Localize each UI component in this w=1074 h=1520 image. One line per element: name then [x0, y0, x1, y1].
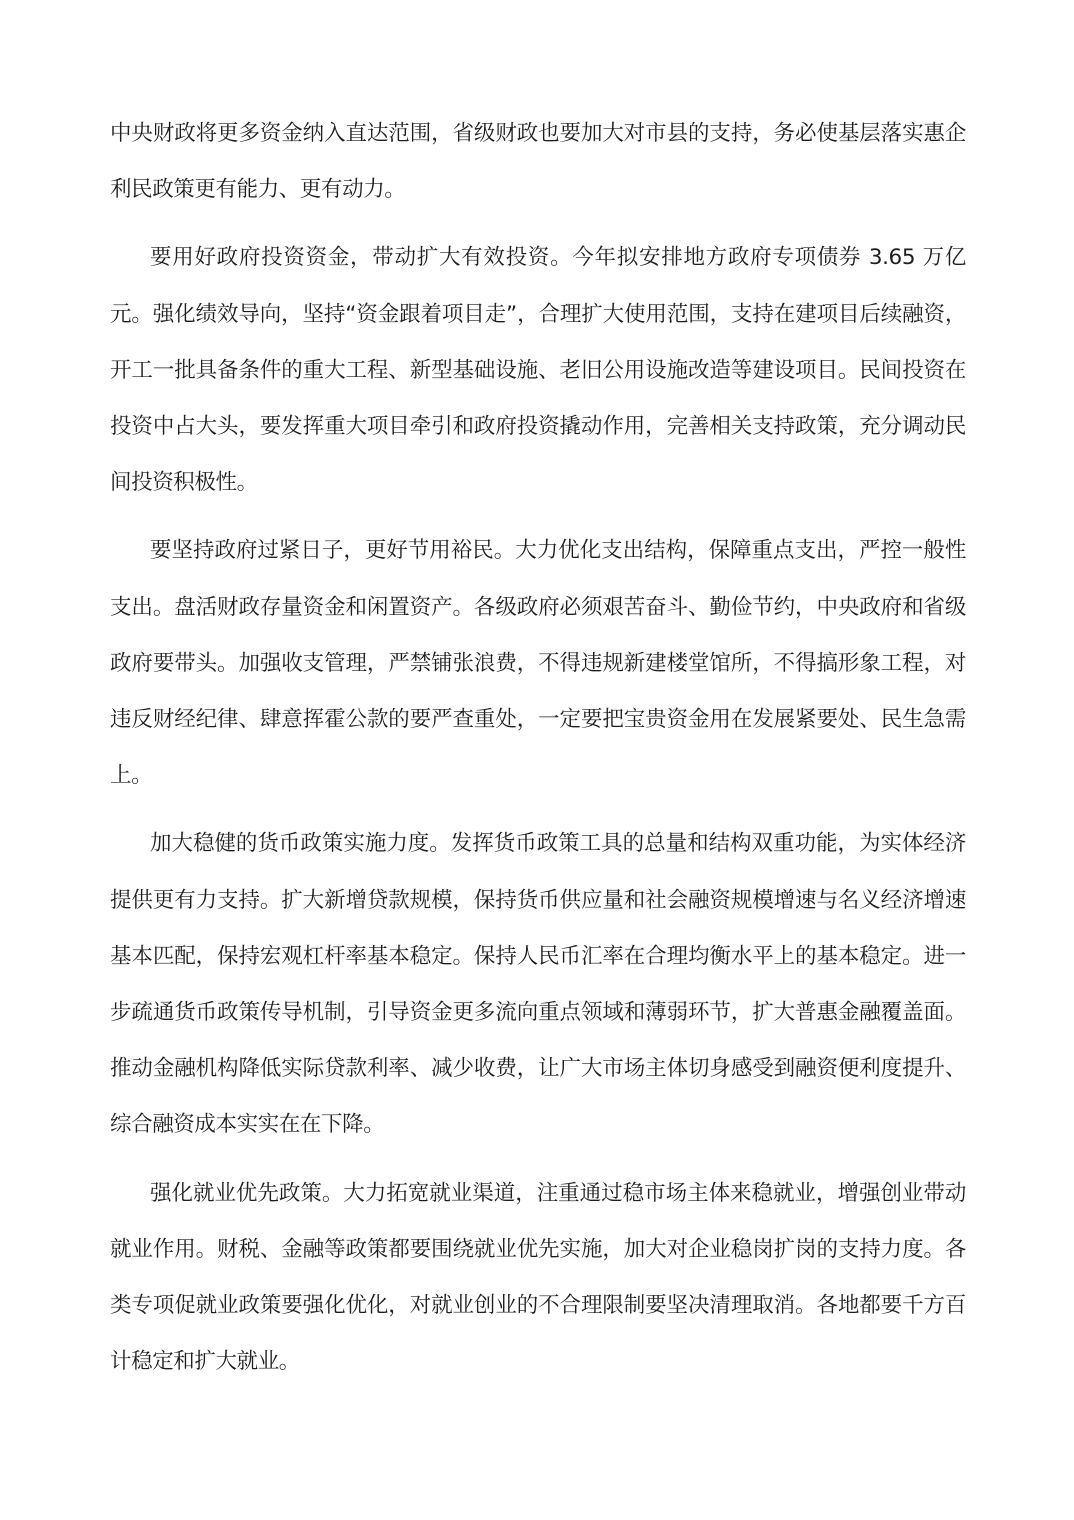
- paragraph-employment-policy: 强化就业优先政策。大力拓宽就业渠道，注重通过稳市场主体来稳就业，增强创业带动就业…: [110, 1166, 966, 1391]
- document-page: 中央财政将更多资金纳入直达范围，省级财政也要加大对市县的支持，务必使基层落实惠企…: [110, 106, 966, 1402]
- paragraph-government-austerity: 要坚持政府过紧日子，更好节用裕民。大力优化支出结构，保障重点支出，严控一般性支出…: [110, 523, 966, 804]
- paragraph-local-finance-support: 中央财政将更多资金纳入直达范围，省级财政也要加大对市县的支持，务必使基层落实惠企…: [110, 106, 966, 218]
- paragraph-monetary-policy: 加大稳健的货币政策实施力度。发挥货币政策工具的总量和结构双重功能，为实体经济提供…: [110, 816, 966, 1153]
- paragraph-government-investment: 要用好政府投资资金，带动扩大有效投资。今年拟安排地方政府专项债券 3.65 万亿…: [110, 230, 966, 511]
